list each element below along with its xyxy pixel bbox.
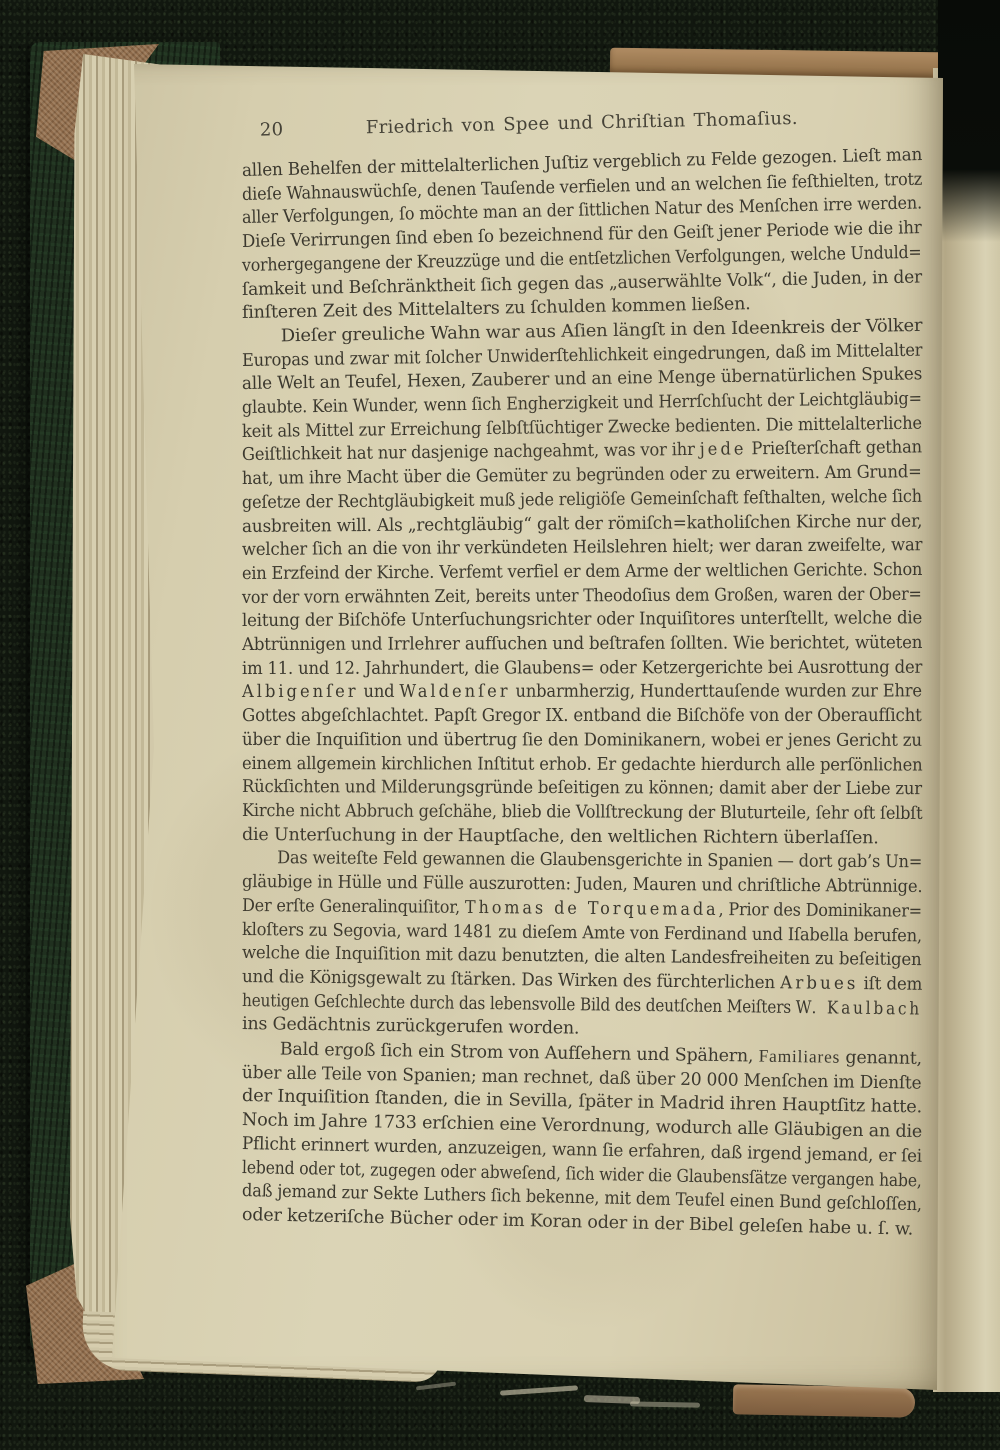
book-tailband-strip	[733, 1384, 916, 1417]
text-line: Albigenſer und Waldenſer unbarmherzig, H…	[242, 681, 922, 705]
facing-page-gutter	[933, 68, 1000, 1392]
text-line: über die Inquiſition und übertrug ſie de…	[242, 729, 922, 754]
body-text: allen Behelfen der mittelalterlichen Juſ…	[242, 160, 922, 1228]
text-line: ein Erzfeind der Kirche. Verfemt verfiel…	[242, 559, 922, 587]
page-header: 20 Friedrich von Spee und Chriſtian Thom…	[242, 105, 922, 146]
text-line: im 11. und 12. Jahrhundert, die Glaubens…	[242, 656, 922, 681]
running-header: Friedrich von Spee und Chriſtian Thomaſi…	[242, 105, 922, 141]
book-page: 20 Friedrich von Spee und Chriſtian Thom…	[92, 56, 947, 1396]
text-line: Kirche nicht Abbruch geſchähe, blieb die…	[242, 800, 923, 827]
text-line: Abtrünnigen und Irrlehrer aufſuchen und …	[242, 632, 922, 658]
text-line: vor der vorn erwähnten Zeit, bereits unt…	[242, 583, 922, 610]
text-line: Rückſichten und Milderungsgründe beſeiti…	[242, 776, 922, 802]
text-line: Gottes abgeſchlachtet. Papſt Gregor IX. …	[242, 705, 922, 729]
shadow-top-right	[938, 0, 1000, 242]
scanned-book-photo: 20 Friedrich von Spee und Chriſtian Thom…	[0, 0, 1000, 1450]
text-line: einem allgemein kirchlichen Inſtitut erh…	[242, 753, 923, 778]
text-line: leitung der Biſchöfe Unterſuchungsrichte…	[242, 608, 922, 634]
page-number: 20	[260, 119, 284, 141]
